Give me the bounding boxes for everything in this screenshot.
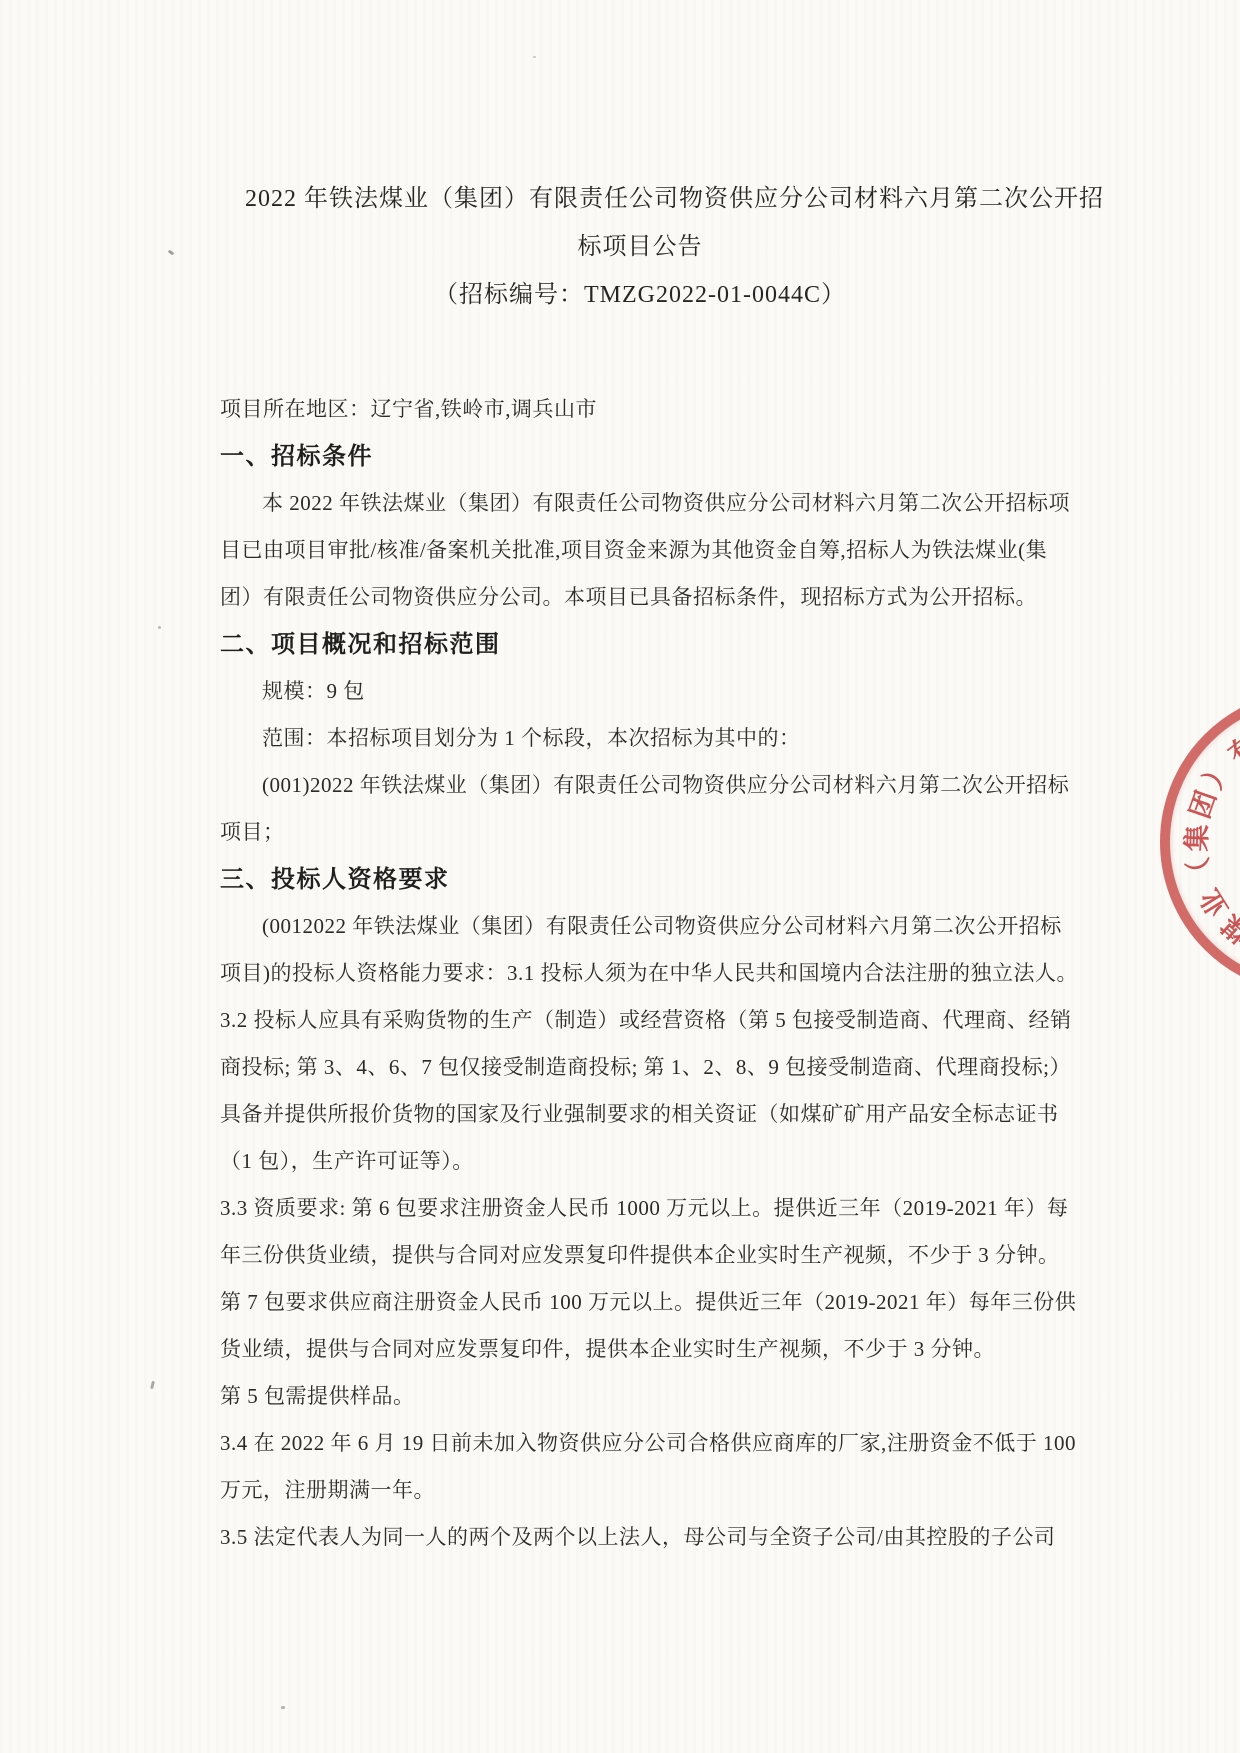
company-seal-stamp: 铁法煤业（集团）有限责任公司	[1160, 690, 1240, 994]
document-line: 目已由项目审批/核准/备案机关批准,项目资金来源为其他资金自筹,招标人为铁法煤业…	[220, 527, 1010, 574]
document-line: 年三份供货业绩，提供与合同对应发票复印件提供本企业实时生产视频，不少于 3 分钟…	[220, 1232, 1010, 1279]
scan-speck	[150, 1381, 155, 1389]
document-line: 万元，注册期满一年。	[220, 1467, 1010, 1514]
document-line: (001)2022 年铁法煤业（集团）有限责任公司物资供应分公司材料六月第二次公…	[220, 762, 1010, 809]
document-line: 团）有限责任公司物资供应分公司。本项目已具备招标条件，现招标方式为公开招标。	[220, 574, 1010, 621]
document-page: 2022 年铁法煤业（集团）有限责任公司物资供应分公司材料六月第二次公开招 标项…	[0, 0, 1240, 1753]
scan-speck	[281, 1706, 285, 1709]
section-heading: 三、投标人资格要求	[220, 856, 1010, 903]
document-line: 3.5 法定代表人为同一人的两个及两个以上法人，母公司与全资子公司/由其控股的子…	[220, 1514, 1010, 1561]
document-line: 规模：9 包	[220, 668, 1010, 715]
document-line: 货业绩，提供与合同对应发票复印件，提供本企业实时生产视频，不少于 3 分钟。	[220, 1326, 1010, 1373]
document-line: 项目所在地区：辽宁省,铁岭市,调兵山市	[220, 386, 1010, 433]
section-heading: 二、项目概况和招标范围	[220, 621, 1010, 668]
title-line-2: 标项目公告	[245, 223, 1035, 271]
document-line: 3.2 投标人应具有采购货物的生产（制造）或经营资格（第 5 包接受制造商、代理…	[220, 997, 1010, 1044]
document-line: 3.4 在 2022 年 6 月 19 日前未加入物资供应分公司合格供应商库的厂…	[220, 1420, 1010, 1467]
document-content: 2022 年铁法煤业（集团）有限责任公司物资供应分公司材料六月第二次公开招 标项…	[220, 0, 1010, 1561]
document-line: (0012022 年铁法煤业（集团）有限责任公司物资供应分公司材料六月第二次公开…	[220, 903, 1010, 950]
tender-number-line: （招标编号：TMZG2022-01-0044C）	[245, 271, 1035, 319]
document-line: 项目)的投标人资格能力要求：3.1 投标人须为在中华人民共和国境内合法注册的独立…	[220, 950, 1010, 997]
document-line: 具备并提供所报价货物的国家及行业强制要求的相关资证（如煤矿矿用产品安全标志证书	[220, 1091, 1010, 1138]
seal-character: 集	[1182, 822, 1213, 853]
document-line: 项目；	[220, 809, 1010, 856]
document-title: 2022 年铁法煤业（集团）有限责任公司物资供应分公司材料六月第二次公开招 标项…	[245, 0, 1035, 319]
section-heading: 一、招标条件	[220, 433, 1010, 480]
document-line: 商投标; 第 3、4、6、7 包仅接受制造商投标; 第 1、2、8、9 包接受制…	[220, 1044, 1010, 1091]
title-line-1: 2022 年铁法煤业（集团）有限责任公司物资供应分公司材料六月第二次公开招	[245, 175, 1035, 223]
document-line: 本 2022 年铁法煤业（集团）有限责任公司物资供应分公司材料六月第二次公开招标…	[220, 480, 1010, 527]
document-line: 3.3 资质要求: 第 6 包要求注册资金人民币 1000 万元以上。提供近三年…	[220, 1185, 1010, 1232]
scan-speck	[168, 250, 175, 256]
document-line: 范围：本招标项目划分为 1 个标段，本次招标为其中的：	[220, 715, 1010, 762]
document-body: 项目所在地区：辽宁省,铁岭市,调兵山市一、招标条件本 2022 年铁法煤业（集团…	[220, 386, 1010, 1561]
document-line: 第 5 包需提供样品。	[220, 1373, 1010, 1420]
scan-speck	[158, 626, 161, 629]
document-line: 第 7 包要求供应商注册资金人民币 100 万元以上。提供近三年（2019-20…	[220, 1279, 1010, 1326]
document-line: （1 包），生产许可证等）。	[220, 1138, 1010, 1185]
